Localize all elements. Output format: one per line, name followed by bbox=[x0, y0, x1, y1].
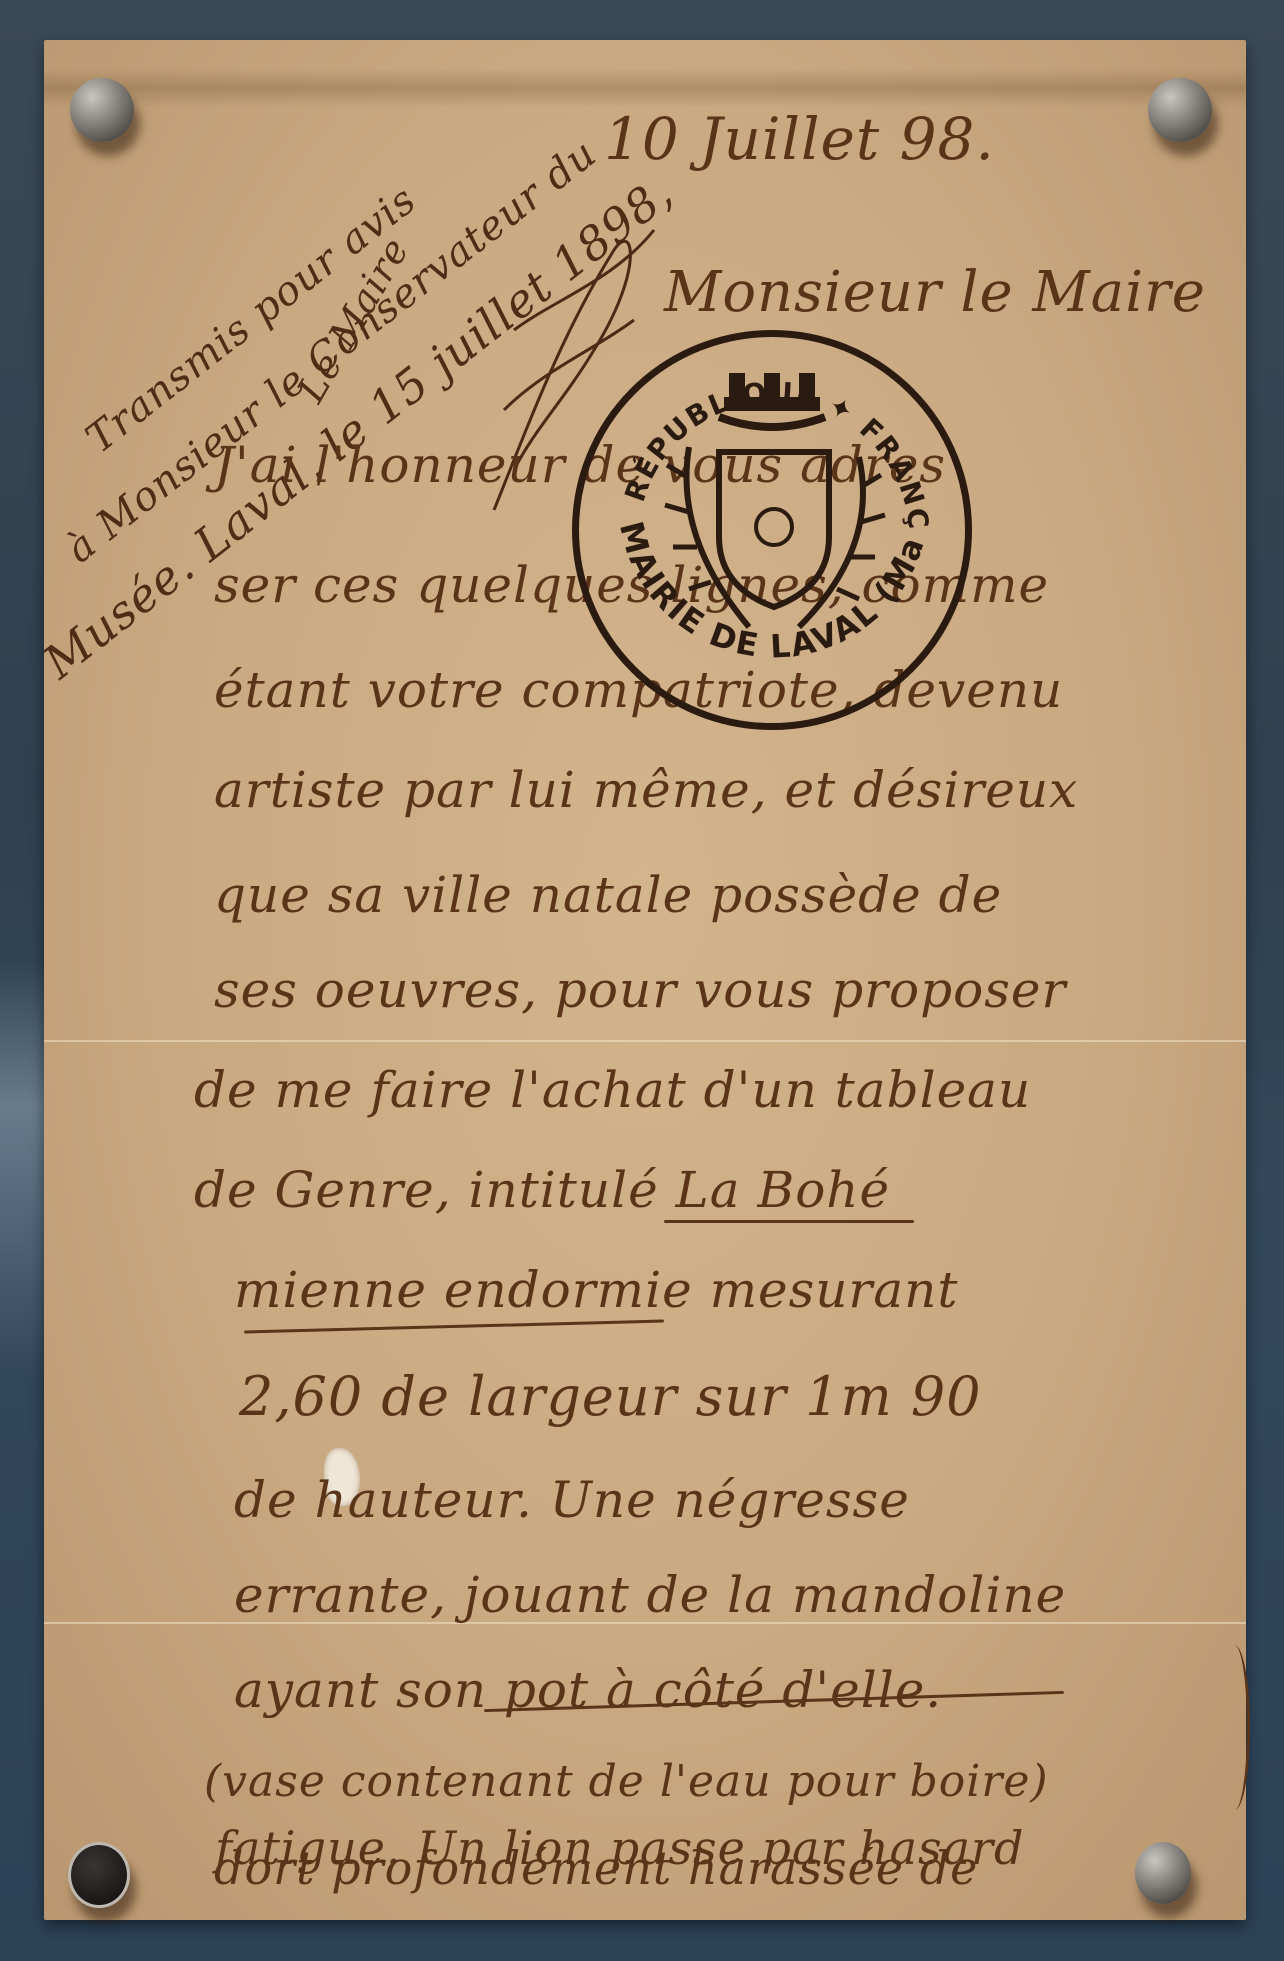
fold-line bbox=[44, 1040, 1246, 1042]
title-underline bbox=[244, 1320, 664, 1334]
salutation: Monsieur le Maire bbox=[664, 265, 1206, 321]
title-underline bbox=[664, 1220, 914, 1223]
body-line-4: artiste par lui même, et désireux bbox=[214, 765, 1078, 815]
magnet-bottom-left bbox=[68, 1842, 130, 1908]
body-line-11: de hauteur. Une négresse bbox=[234, 1475, 910, 1525]
body-line-14: (vase contenant de l'eau pour boire) bbox=[204, 1760, 1049, 1804]
magnet-top-right bbox=[1148, 78, 1212, 142]
letter-paper: 10 Juillet 98. Transmis pour avis à Mons… bbox=[44, 40, 1246, 1920]
body-line-16: fatigue. Un lion passe par hasard bbox=[215, 1825, 1025, 1871]
body-line-5: que sa ville natale possède de bbox=[214, 870, 1002, 920]
svg-text:RÉPUBLIQUE ✦ FRANÇAISE: RÉPUBLIQUE ✦ FRANÇAISE bbox=[579, 337, 935, 532]
crown-icon bbox=[719, 373, 825, 427]
body-line-7: de me faire l'achat d'un tableau bbox=[194, 1065, 1031, 1115]
mairie-de-laval-stamp: RÉPUBLIQUE ✦ FRANÇAISE MAIRIE DE LAVAL (… bbox=[572, 330, 972, 730]
body-line-6: ses oeuvres, pour vous proposer bbox=[214, 965, 1066, 1015]
body-line-9: mienne endormie mesurant bbox=[234, 1265, 958, 1315]
body-line-8: de Genre, intitulé La Bohé bbox=[194, 1165, 890, 1215]
body-line-10: 2,60 de largeur sur 1m 90 bbox=[239, 1370, 982, 1424]
parenthesis-mark bbox=[1219, 1645, 1250, 1810]
stamp-top-text: RÉPUBLIQUE ✦ FRANÇAISE bbox=[579, 337, 935, 532]
stamp-ring-text: RÉPUBLIQUE ✦ FRANÇAISE MAIRIE DE LAVAL (… bbox=[579, 337, 965, 723]
body-line-12: errante, jouant de la mandoline bbox=[234, 1570, 1066, 1620]
date-line: 10 Juillet 98. bbox=[604, 110, 995, 168]
magnet-top-left bbox=[70, 78, 134, 142]
magnet-bottom-right bbox=[1135, 1842, 1191, 1904]
shield-icon bbox=[719, 452, 829, 607]
